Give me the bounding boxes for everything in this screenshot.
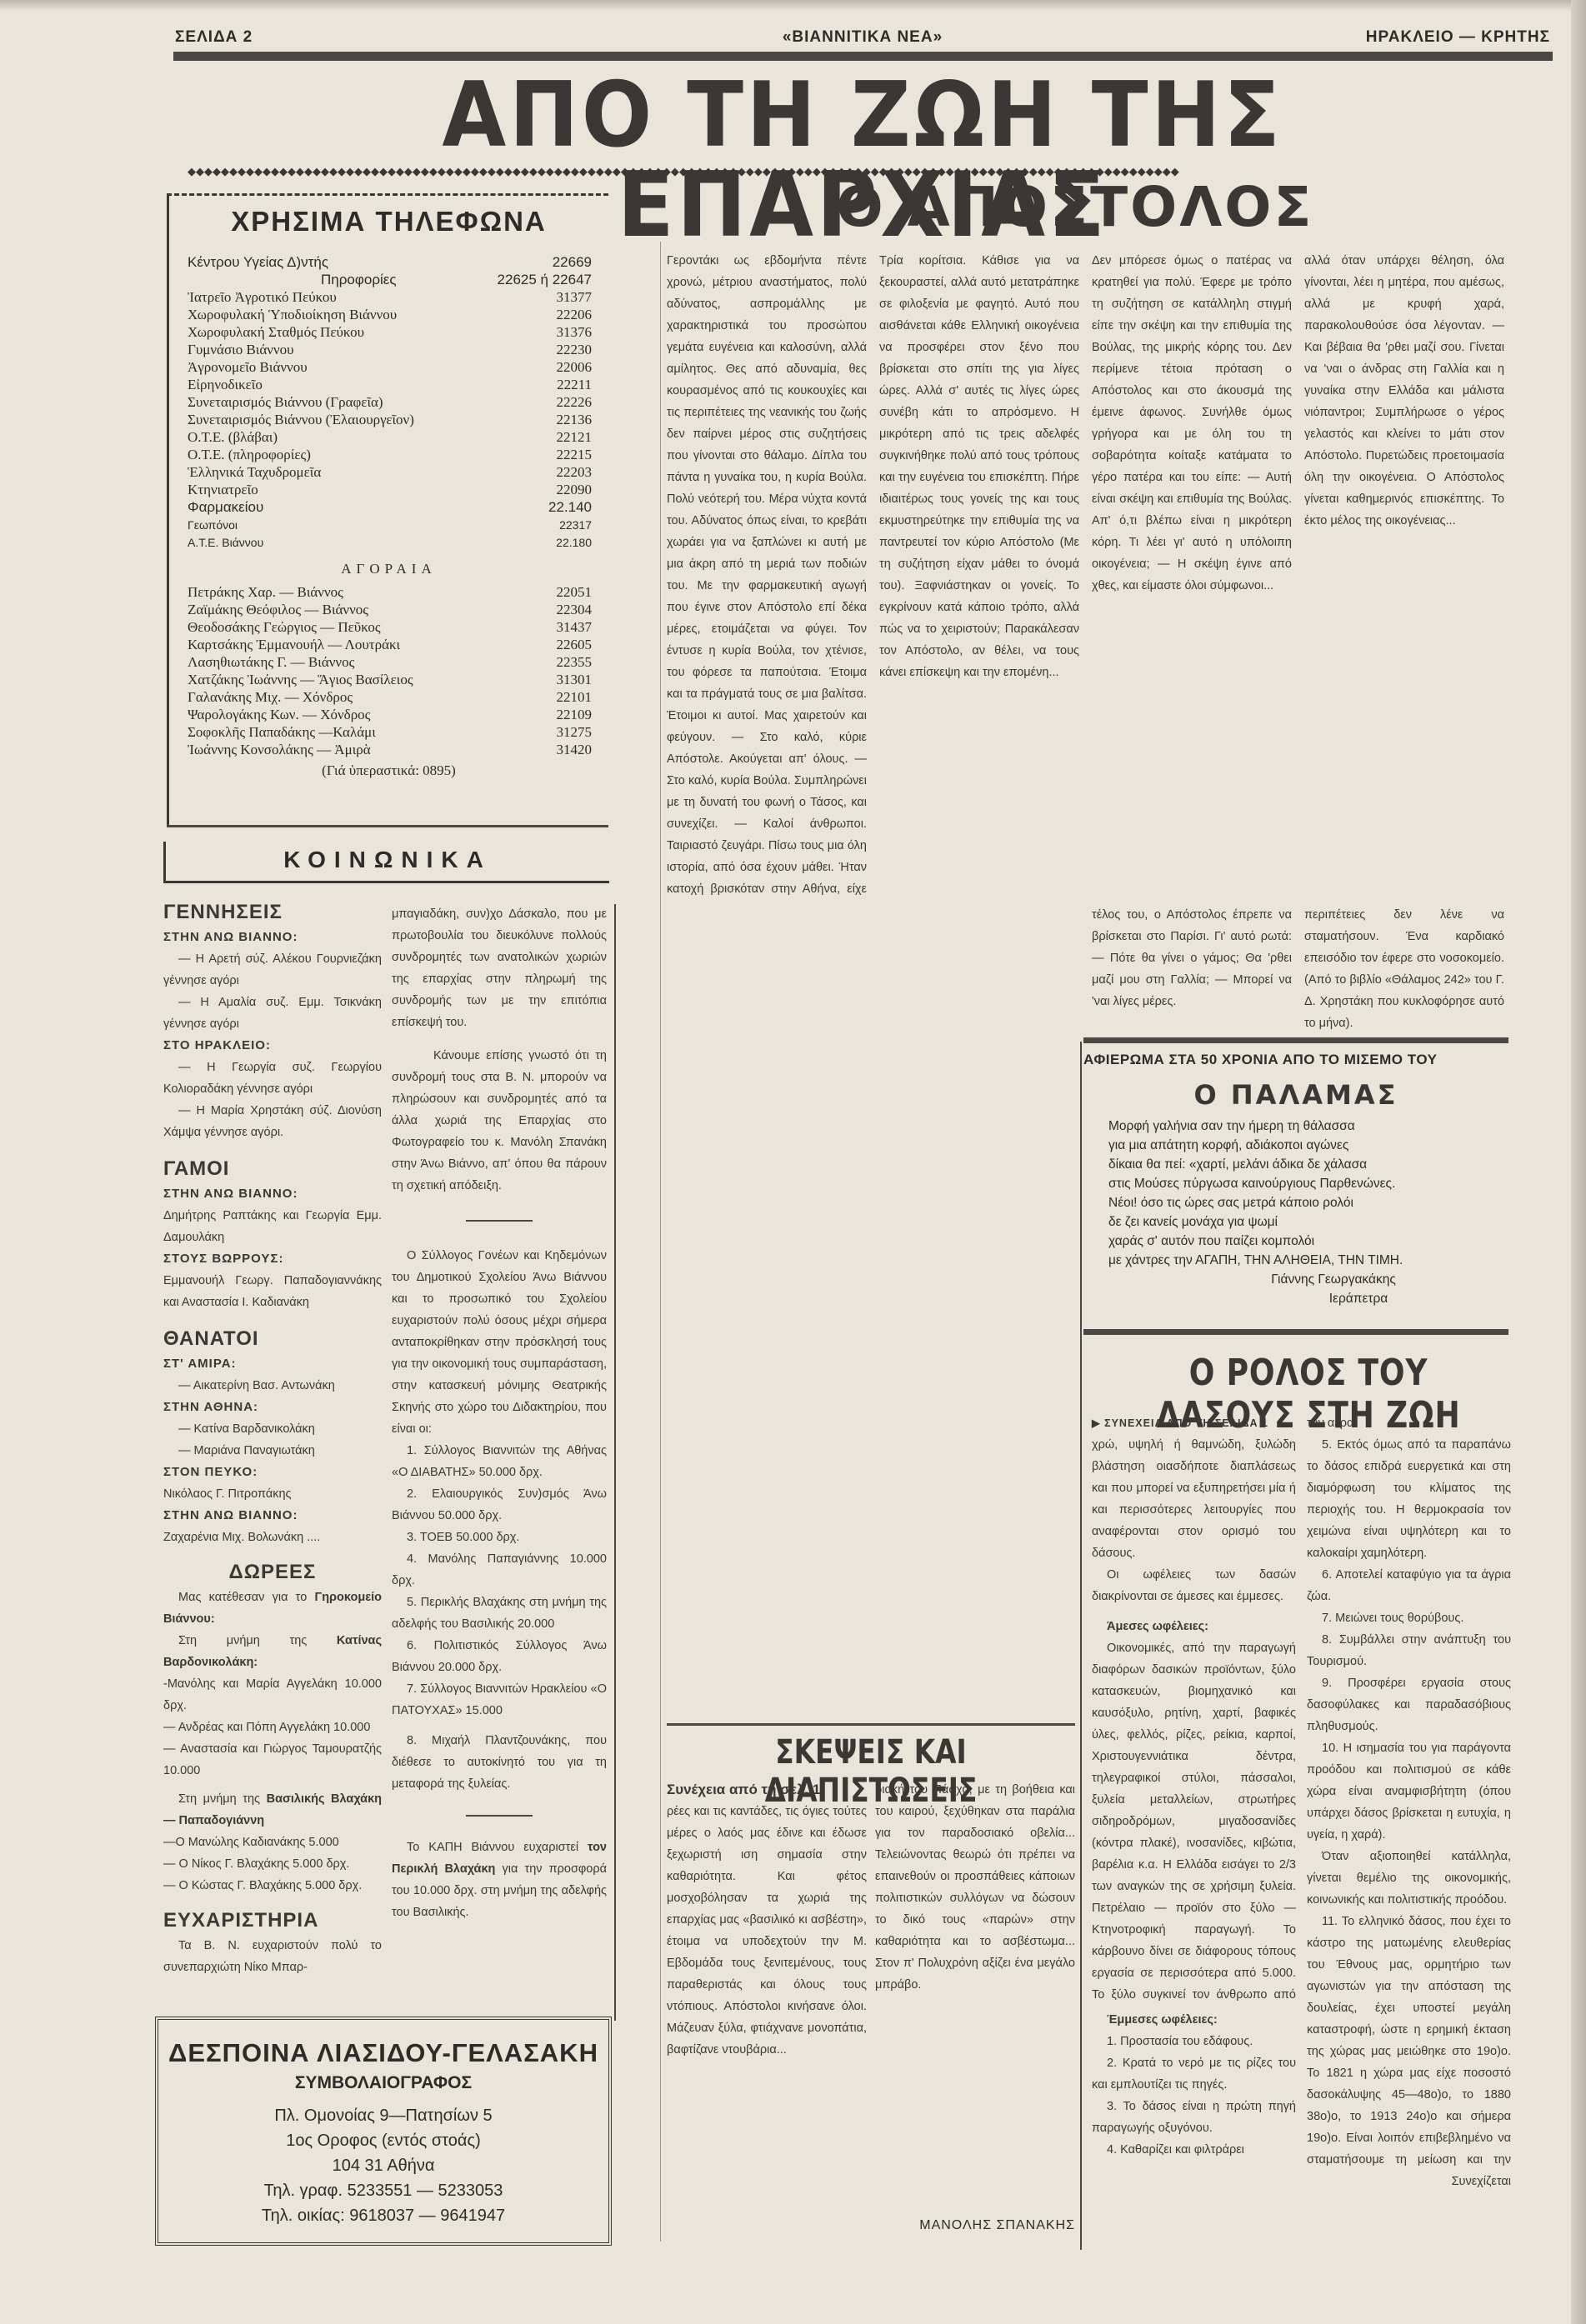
ad-address: 1ος Οροφος (εντός στοάς) bbox=[158, 2128, 608, 2153]
long-distance-note: (Γιά ὑπεραστικά: 0895) bbox=[169, 762, 608, 779]
phone-entry: Κέντρου Υγείας Δ)ντής22669 bbox=[188, 254, 592, 271]
agoraia-heading: ΑΓΟΡΑΙΑ bbox=[169, 561, 608, 577]
wedding-notice: Δημήτρης Ραπτάκης και Γεωργία Εμμ. Δαμου… bbox=[163, 1205, 382, 1248]
thanks-text: Τα Β. Ν. ευχαριστούν πολύ το συνεπαρχιώτ… bbox=[163, 1935, 382, 1978]
births-place: ΣΤΗΝ ΑΝΩ ΒΙΑΝΝΟ: bbox=[163, 927, 382, 948]
apostolos-title: Ο ΑΠΟΣΤΟΛΟΣ bbox=[833, 175, 1317, 239]
ad-phone-home: Τηλ. οικίας: 9618037 — 9641947 bbox=[158, 2203, 608, 2228]
palamas-kicker: ΑΦΙΕΡΩΜΑ ΣΤΑ 50 ΧΡΟΝΙΑ ΑΠΟ ΤΟ ΜΙΣΕΜΟ ΤΟΥ bbox=[1083, 1052, 1517, 1068]
poem-line: δίκαια θα πεί: «χαρτί, μελάνι άδικα δε χ… bbox=[1108, 1155, 1508, 1174]
taxi-entry: Ζαϊμάκης Θεόφιλος — Βιάννος22304 bbox=[188, 602, 592, 618]
phones-title: ΧΡΗΣΙΜΑ ΤΗΛΕΦΩΝΑ bbox=[169, 206, 608, 237]
school-donor: 3. ΤΟΕΒ 50.000 δρχ. bbox=[392, 1527, 607, 1548]
school-donor: 1. Σύλλογος Βιαννιτών της Αθήνας «Ο ΔΙΑΒ… bbox=[392, 1440, 607, 1483]
social-paragraph: Ο Σύλλογος Γονέων και Κηδεμόνων του Δημο… bbox=[392, 1245, 607, 1440]
school-donor: 6. Πολιτιστικός Σύλλογος Άνω Βιάννου 20.… bbox=[392, 1635, 607, 1678]
useful-phones-box: ΧΡΗΣΙΜΑ ΤΗΛΕΦΩΝΑ Κέντρου Υγείας Δ)ντής22… bbox=[167, 193, 608, 827]
school-donor: 7. Σύλλογος Βιαννιτών Ηρακλείου «Ο ΠΑΤΟΥ… bbox=[392, 1678, 607, 1722]
forest-column-2: τον αέρα. 5. Εκτός όμως από τα παραπάνω … bbox=[1307, 1412, 1511, 2192]
phone-entry: Ο.Τ.Ε. (πληροφορίες)22215 bbox=[188, 447, 592, 463]
taxi-entry: Γαλανάκης Μιχ. — Χόνδρος22101 bbox=[188, 689, 592, 706]
poem-line: δε ζει κανείς μονάχα για ψωμί bbox=[1108, 1212, 1508, 1232]
direct-benefits-heading: Άμεσες ωφέλειες: bbox=[1092, 1616, 1296, 1637]
social-title: ΚΟΙΝΩΝΙΚΑ bbox=[166, 847, 609, 873]
skepseis-column-2: ριακή του Πάσχα, με τη βοήθεια και του κ… bbox=[875, 1779, 1075, 2212]
separator bbox=[466, 1815, 533, 1817]
ad-profession: ΣΥΜΒΟΛΑΙΟΓΡΑΦΟΣ bbox=[158, 2073, 608, 2093]
skepseis-column-1: Συνέχεια από τη σελ. 1 ρέες και τις καντ… bbox=[667, 1779, 867, 2246]
taxi-entry: Πετράκης Χαρ. — Βιάννος22051 bbox=[188, 584, 592, 601]
masthead-rule bbox=[173, 52, 1553, 61]
school-donor: 5. Περικλής Βλαχάκης στη μνήμη της αδελφ… bbox=[392, 1592, 607, 1635]
apostolos-column-3: Δεν μπόρεσε όμως ο πατέρας να κρατηθεί γ… bbox=[1092, 250, 1292, 900]
birth-notice: — Η Γεωργία συζ. Γεωργίου Κολιοραδάκη γέ… bbox=[163, 1057, 382, 1100]
weddings-place: ΣΤΟΥΣ ΒΩΡΡΟΥΣ: bbox=[163, 1248, 382, 1270]
donations-heading: ΔΩΡΕΕΣ bbox=[163, 1558, 382, 1587]
ad-phone-office: Τηλ. γραφ. 5233551 — 5233053 bbox=[158, 2178, 608, 2203]
donation-item: — Αναστασία και Γιώργος Ταμουρατζής 10.0… bbox=[163, 1738, 382, 1782]
poem-line: στις Μούσες πύργωσα καινούργιους Παρθενώ… bbox=[1108, 1174, 1508, 1193]
apostolos-column-3-end: τέλος του, ο Απόστολος έπρεπε να βρίσκετ… bbox=[1092, 904, 1292, 1012]
arrow-icon: ▶ bbox=[1092, 1417, 1104, 1429]
phone-entry: Ἑλληνικά Ταχυδρομεῖα22203 bbox=[188, 464, 592, 481]
phone-entry: Ἰατρεῖο Ἀγροτικό Πεύκου31377 bbox=[188, 289, 592, 306]
death-notice: — Κατίνα Βαρδανικολάκη bbox=[163, 1418, 382, 1440]
poem-line: Μορφή γαλήνια σαν την ήμερη τη θάλασσα bbox=[1108, 1117, 1508, 1136]
apostolos-column-4-end: περιπέτειες δεν λένε να σταματήσουν. Ένα… bbox=[1304, 904, 1504, 1034]
phone-entry: Χωροφυλακή Ὑποδιοίκηση Βιάννου22206 bbox=[188, 307, 592, 323]
phone-entry: Ἀγρονομεῖο Βιάννου22006 bbox=[188, 359, 592, 376]
ad-name: ΔΕΣΠΟΙΝΑ ΛΙΑΣΙΔΟΥ-ΓΕΛΑΣΑΚΗ bbox=[158, 2038, 608, 2068]
death-notice: — Μαριάνα Παναγιωτάκη bbox=[163, 1440, 382, 1462]
thanks-heading: ΕΥΧΑΡΙΣΤΗΡΙΑ bbox=[163, 1907, 382, 1935]
school-donor: 8. Μιχαήλ Πλαντζουνάκης, που διέθεσε το … bbox=[392, 1730, 607, 1795]
donation-item: — Ο Κώστας Γ. Βλαχάκης 5.000 δρχ. bbox=[163, 1875, 382, 1897]
taxi-entry: Ἰωάννης Κονσολάκης — Ἀμιρὰ31420 bbox=[188, 742, 592, 758]
newspaper-page: ΣΕΛΙΔΑ 2 «ΒΙΑΝΝΙΤΙΚΑ ΝΕΑ» ΗΡΑΚΛΕΙΟ — ΚΡΗ… bbox=[0, 0, 1586, 2324]
ad-address: Πλ. Ομονοίας 9—Πατησίων 5 bbox=[158, 2103, 608, 2128]
continues-label: Συνεχίζεται bbox=[1307, 2171, 1511, 2192]
births-heading: ΓΕΝΝΗΣΕΙΣ bbox=[163, 898, 382, 927]
poem-line: χαράς σ' αυτόν που παίζει κομπολόι bbox=[1108, 1232, 1508, 1251]
phone-entry: Χωροφυλακή Σταθμός Πεύκου31376 bbox=[188, 324, 592, 341]
paper-name: «ΒΙΑΝΝΙΤΙΚΑ ΝΕΑ» bbox=[175, 28, 1550, 47]
deaths-place: ΣΤΗΝ ΑΘΗΝΑ: bbox=[163, 1397, 382, 1418]
palamas-title: Ο ΠΑΛΑΜΑΣ bbox=[1083, 1079, 1508, 1111]
phone-entry: Συνεταιρισμός Βιάννου (Ἐλαιουργεῖον)2213… bbox=[188, 412, 592, 428]
donation-item: — Ανδρέας και Πόπη Αγγελάκη 10.000 bbox=[163, 1717, 382, 1738]
phone-entry: Ο.Τ.Ε. (βλάβαι)22121 bbox=[188, 429, 592, 446]
death-notice: — Αικατερίνη Βασ. Αντωνάκη bbox=[163, 1375, 382, 1397]
births-place: ΣΤΟ ΗΡΑΚΛΕΙΟ: bbox=[163, 1035, 382, 1057]
taxi-entry: Ψαρολογάκης Κων. — Χόνδρος22109 bbox=[188, 707, 592, 723]
apostolos-column-2: Τρία κορίτσια. Κάθισε για να ξεκουραστεί… bbox=[879, 250, 1079, 900]
taxi-entry: Καρτσάκης Ἐμμανουήλ — Λουτράκι22605 bbox=[188, 637, 592, 653]
skepseis-top-rule bbox=[667, 1723, 1075, 1726]
column-rule bbox=[614, 904, 616, 2021]
deaths-place: ΣΤΟΝ ΠΕΥΚΟ: bbox=[163, 1462, 382, 1483]
apostolos-column-4: αλλά όταν υπάρχει θέληση, όλα γίνονται, … bbox=[1304, 250, 1504, 900]
phone-entry: Συνεταιρισμός Βιάννου (Γραφεῖα)22226 bbox=[188, 394, 592, 411]
column-rule bbox=[1080, 1042, 1082, 2250]
ad-address: 104 31 Αθήνα bbox=[158, 2153, 608, 2178]
social-heading-box: ΚΟΙΝΩΝΙΚΑ bbox=[163, 842, 609, 883]
phones-box-bottom-border bbox=[167, 825, 608, 827]
donations-memory: Στη μνήμη της Κατίνας Βαρδονικολάκη: bbox=[163, 1630, 382, 1673]
birth-notice: — Η Αρετή σύζ. Αλέκου Γουρνιεζάκη γέννησ… bbox=[163, 948, 382, 992]
separator bbox=[466, 1220, 533, 1222]
continued-from-label: Συνέχεια από τη σελ. 1 bbox=[667, 1779, 867, 1801]
forest-column-1: ▶ ΣΥΝΕΧΕΙΑ ΑΠΟ ΤΗ ΣΕΛΙΔΑ 1 χρώ, υψηλή ή … bbox=[1092, 1412, 1296, 2161]
donation-item: -Μανόλης και Μαρία Αγγελάκη 10.000 δρχ. bbox=[163, 1673, 382, 1717]
scan-top-edge bbox=[0, 0, 1586, 12]
apostolos-column-1: Γεροντάκι ως εβδομήντα πέντε χρονώ, μέτρ… bbox=[667, 250, 867, 900]
deaths-place: ΣΤΗΝ ΑΝΩ ΒΙΑΝΝΟ: bbox=[163, 1505, 382, 1527]
birth-notice: — Η Μαρία Χρηστάκη σύζ. Διονύση Χάμψα γέ… bbox=[163, 1100, 382, 1143]
deaths-place: ΣΤ' ΑΜΙΡΑ: bbox=[163, 1353, 382, 1375]
school-donor: 2. Ελαιουργικός Συν)σμός Άνω Βιάννου 50.… bbox=[392, 1483, 607, 1527]
phone-entry: Εἰρηνοδικεῖο22211 bbox=[188, 377, 592, 393]
death-notice: Ζαχαρένια Μιχ. Βολωνάκη .... bbox=[163, 1527, 382, 1548]
poem-line: με χάντρες την ΑΓΑΠΗ, ΤΗΝ ΑΛΗΘΕΙΑ, ΤΗΝ Τ… bbox=[1108, 1251, 1508, 1270]
donation-item: — Ο Νίκος Γ. Βλαχάκης 5.000 δρχ. bbox=[163, 1853, 382, 1875]
skepseis-author: ΜΑΝΟΛΗΣ ΣΠΑΝΑΚΗΣ bbox=[875, 2218, 1075, 2233]
scan-right-edge bbox=[1571, 0, 1586, 2324]
masthead: ΣΕΛΙΔΑ 2 «ΒΙΑΝΝΙΤΙΚΑ ΝΕΑ» ΗΡΑΚΛΕΙΟ — ΚΡΗ… bbox=[175, 28, 1550, 45]
donations-memory: Στη μνήμη της Βασιλικής Βλαχάκη — Παπαδο… bbox=[163, 1788, 382, 1832]
social-paragraph: μπαγιαδάκη, συν)χο Δάσκαλο, που με πρωτο… bbox=[392, 903, 607, 1033]
continued-from-label: ▶ ΣΥΝΕΧΕΙΑ ΑΠΟ ΤΗ ΣΕΛΙΔΑ 1 bbox=[1092, 1412, 1296, 1434]
deaths-heading: ΘΑΝΑΤΟΙ bbox=[163, 1325, 382, 1353]
phone-entry: Πηροφορίες22625 ή 22647 bbox=[188, 272, 592, 288]
death-notice: Νικόλαος Γ. Πιτροπάκης bbox=[163, 1483, 382, 1505]
birth-notice: — Η Αμαλία συζ. Εμμ. Τσικνάκη γέννησε αγ… bbox=[163, 992, 382, 1035]
location-label: ΗΡΑΚΛΕΙΟ — ΚΡΗΤΗΣ bbox=[1366, 28, 1550, 47]
social-paragraph: Κάνουμε επίσης γνωστό ότι τη συνδρομή το… bbox=[392, 1045, 607, 1197]
poem-author: Γιάννης Γεωργακάκης bbox=[1108, 1270, 1508, 1289]
school-donor: 4. Μανόλης Παπαγιάννης 10.000 δρχ. bbox=[392, 1548, 607, 1592]
taxi-entry: Χατζάκης Ἰωάννης — Ἅγιος Βασίλειος31301 bbox=[188, 672, 592, 688]
phone-entry: Φαρμακείου22.140 bbox=[188, 499, 592, 516]
poem-line: για μια απάτητη κορφή, αδιάκοποι αγώνες bbox=[1108, 1136, 1508, 1155]
apostolos-bottom-rule bbox=[1083, 1037, 1508, 1043]
indirect-benefits-heading: Έμμεσες ωφέλειες: bbox=[1092, 2009, 1296, 2031]
phone-entry: Α.Τ.Ε. Βιάννου22.180 bbox=[188, 534, 592, 551]
phone-entry: Κτηνιατρεῖο22090 bbox=[188, 482, 592, 498]
taxi-entry: Θεοδοσάκης Γεώργιος — Πεῦκος31437 bbox=[188, 619, 592, 636]
taxi-entry: Σοφοκλῆς Παπαδάκης —Καλάμι31275 bbox=[188, 724, 592, 741]
social-column-2: μπαγιαδάκη, συν)χο Δάσκαλο, που με πρωτο… bbox=[392, 903, 607, 1923]
phone-entry: Γυμνάσιο Βιάννου22230 bbox=[188, 342, 592, 358]
weddings-heading: ΓΑΜΟΙ bbox=[163, 1155, 382, 1183]
taxi-entry: Λασηθιωτάκης Γ. — Βιάννος22355 bbox=[188, 654, 592, 671]
wedding-notice: Εμμανουήλ Γεωργ. Παπαδογιαννάκης και Ανα… bbox=[163, 1270, 382, 1313]
social-column-1: ΓΕΝΝΗΣΕΙΣ ΣΤΗΝ ΑΝΩ ΒΙΑΝΝΟ: — Η Αρετή σύζ… bbox=[163, 898, 382, 1978]
phone-entry: Γεωπόνοι22317 bbox=[188, 517, 592, 533]
donation-item: —Ο Μανώλης Καδιανάκης 5.000 bbox=[163, 1832, 382, 1853]
poem-line: Νέοι! όσο τις ώρες σας μετρά κάποιο ρολό… bbox=[1108, 1193, 1508, 1212]
palamas-poem: Μορφή γαλήνια σαν την ήμερη τη θάλασσα γ… bbox=[1108, 1117, 1508, 1308]
poem-place: Ιεράπετρα bbox=[1108, 1289, 1508, 1308]
weddings-place: ΣΤΗΝ ΑΝΩ ΒΙΑΝΝΟ: bbox=[163, 1183, 382, 1205]
donations-intro: Μας κατέθεσαν για το Γηροκομείο Βιάννου: bbox=[163, 1587, 382, 1630]
kapi-thanks: Το ΚΑΠΗ Βιάννου ευχαριστεί τον Περικλή Β… bbox=[392, 1837, 607, 1923]
column-rule bbox=[660, 242, 661, 2242]
notary-advertisement: ΔΕΣΠΟΙΝΑ ΛΙΑΣΙΔΟΥ-ΓΕΛΑΣΑΚΗ ΣΥΜΒΟΛΑΙΟΓΡΑΦ… bbox=[155, 2017, 612, 2246]
palamas-bottom-rule bbox=[1083, 1329, 1508, 1335]
